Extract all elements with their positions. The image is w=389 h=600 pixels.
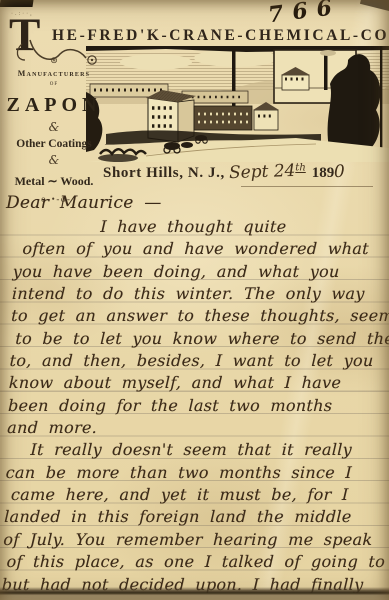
letterhead-left-column: ⊛ Manufacturers of ZAPON & Other Coating… — [0, 56, 108, 204]
handwriting-line: often of you and have wondered what — [22, 238, 389, 260]
handwriting-line: I have thought quite — [100, 216, 389, 238]
handwriting-line: been doing for the last two months — [8, 395, 387, 417]
handwriting-line: came here, and yet it must be, for I — [10, 484, 383, 506]
handwriting-line: to get an answer to these thoughts, seem… — [11, 305, 389, 327]
rosette-ornament-icon: ⊛ — [0, 56, 108, 66]
dateline: Short Hills, N. J., Sept 24th 1890 — [103, 162, 345, 182]
handwriting-line: and more. — [7, 417, 386, 439]
handwriting-line: landed in this foreign land the middle — [4, 506, 383, 528]
other-coatings-label: Other Coatings — [0, 138, 108, 150]
product-name: ZAPON — [0, 94, 108, 117]
handwriting-line: can be more than two months since I — [5, 462, 384, 484]
of-label: of — [0, 79, 108, 87]
letter-body: I have thought quite often of you and ha… — [1, 216, 389, 596]
metal-wood-label: Metal ∼ Wood. — [0, 174, 108, 189]
handwriting-line: of July. You remember hearing me speak — [3, 529, 382, 551]
paper-bottom-edge — [0, 587, 389, 600]
printed-year-prefix: 189 — [312, 165, 335, 181]
handwriting-line: intend to do this winter. The only way — [12, 283, 389, 305]
handwriting-line: to, and then, besides, I want to let you — [9, 350, 388, 372]
ampersand-ornament: & — [0, 153, 108, 167]
printed-place-label: Short Hills, N. J., — [103, 165, 225, 181]
handwritten-year-digit: 0 — [334, 162, 346, 182]
handwriting-line: It really doesn't seem that it really — [30, 439, 385, 461]
scan-artifact-strip — [0, 0, 33, 7]
handwriting-line: to be to let you know where to send them — [15, 328, 389, 350]
date-rule-line — [241, 186, 373, 187]
handwriting-line: of this place, as one I talked of going … — [6, 551, 381, 573]
handwritten-date: Sept 24 — [228, 161, 295, 183]
letter-scan-page: ·.:··, 766 T HE-FRED'K-CRANE-CHEMICAL-CO… — [0, 0, 389, 600]
ampersand-ornament: & — [0, 120, 108, 134]
handwriting-line: you have been doing, and what you — [12, 261, 389, 283]
handwriting-line: know about myself, and what I have — [8, 372, 387, 394]
manufacturers-label: Manufacturers — [0, 69, 108, 78]
date-ordinal: th — [295, 163, 305, 174]
salutation: Dear Maurice — — [6, 193, 162, 213]
